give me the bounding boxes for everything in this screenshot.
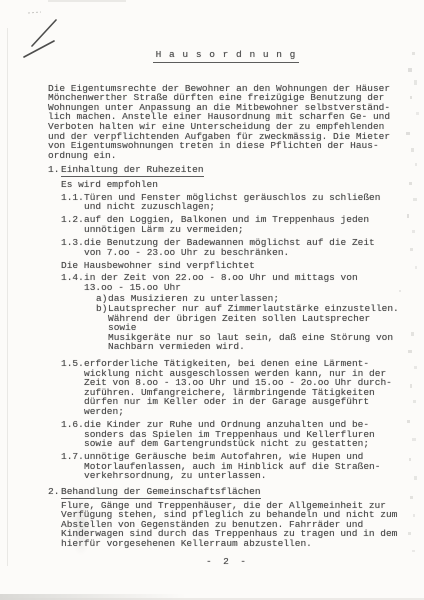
section-1-number: 1. bbox=[48, 165, 61, 177]
item-number: 1.4. bbox=[61, 273, 84, 352]
item-text: Türen und Fenster möglichst geräuschlos … bbox=[84, 193, 404, 212]
item-number: 1.5. bbox=[61, 359, 84, 417]
section-2-number: 2. bbox=[48, 487, 61, 499]
item-text: in der Zeit von 22.oo - 8.oo Uhr und mit… bbox=[84, 272, 358, 293]
section-2-heading: 2. Behandlung der Gemeinschaftsflächen bbox=[48, 487, 404, 499]
scanned-document-page: H a u s o r d n u n g Die Eigentumsrecht… bbox=[0, 0, 424, 600]
item-number: 1.7. bbox=[61, 452, 84, 481]
item-text: erforderliche Tätigkeiten, bei denen ein… bbox=[84, 359, 404, 417]
item-list-recommended: 1.1. Türen und Fenster möglichst geräusc… bbox=[61, 193, 404, 258]
document-title: H a u s o r d n u n g bbox=[153, 50, 300, 63]
subsection-lead-recommended: Es wird empfohlen bbox=[61, 180, 404, 190]
section-2-paragraph: Flure, Gänge und Treppenhäuser, die der … bbox=[61, 501, 404, 549]
item-text: unnötige Geräusche beim Autofahren, wie … bbox=[84, 452, 404, 481]
item-number: 1.1. bbox=[61, 193, 84, 212]
list-item: 1.7. unnötige Geräusche beim Autofahren,… bbox=[61, 452, 404, 481]
item-text-wrap: in der Zeit von 22.oo - 8.oo Uhr und mit… bbox=[84, 273, 404, 352]
item-text: auf den Loggien, Balkonen und im Treppen… bbox=[84, 215, 404, 234]
list-item: 1.1. Türen und Fenster möglichst geräusc… bbox=[61, 193, 404, 212]
list-item: 1.2. auf den Loggien, Balkonen und im Tr… bbox=[61, 215, 404, 234]
list-item: 1.4. in der Zeit von 22.oo - 8.oo Uhr un… bbox=[61, 273, 404, 352]
section-1-title: Einhaltung der Ruhezeiten bbox=[61, 165, 204, 177]
list-item: 1.3. die Benutzung der Badewannen möglic… bbox=[61, 238, 404, 257]
scan-shadow-bottom bbox=[0, 594, 186, 600]
intro-paragraph: Die Eigentumsrechte der Bewohner an den … bbox=[48, 84, 404, 161]
subitem-text: Lautsprecher nur auf Zimmerlautstärke ei… bbox=[108, 304, 404, 352]
section-1-heading: 1. Einhaltung der Ruhezeiten bbox=[48, 165, 404, 177]
subitem-list: a) das Musizieren zu unterlassen; b) Lau… bbox=[96, 294, 404, 352]
item-text: die Kinder zur Ruhe und Ordnung anzuhalt… bbox=[84, 420, 404, 449]
item-number: 1.3. bbox=[61, 238, 84, 257]
page-number: - 2 - bbox=[48, 557, 404, 567]
subsection-lead-obliged: Die Hausbewohner sind verpflichtet bbox=[61, 261, 404, 271]
item-text: die Benutzung der Badewannen möglichst a… bbox=[84, 238, 404, 257]
scan-edge-top bbox=[48, 0, 126, 2]
item-number: 1.6. bbox=[61, 420, 84, 449]
subitem-label: b) bbox=[96, 304, 108, 352]
subitem: b) Lautsprecher nur auf Zimmerlautstärke… bbox=[96, 304, 404, 352]
list-item: 1.5. erforderliche Tätigkeiten, bei dene… bbox=[61, 359, 404, 417]
item-number: 1.2. bbox=[61, 215, 84, 234]
item-list-obliged: 1.4. in der Zeit von 22.oo - 8.oo Uhr un… bbox=[61, 273, 404, 481]
document-content: H a u s o r d n u n g Die Eigentumsrecht… bbox=[48, 50, 404, 566]
page-fold-line bbox=[7, 28, 8, 566]
list-item: 1.6. die Kinder zur Ruhe und Ordnung anz… bbox=[61, 420, 404, 449]
section-2-title: Behandlung der Gemeinschaftsflächen bbox=[61, 487, 261, 499]
